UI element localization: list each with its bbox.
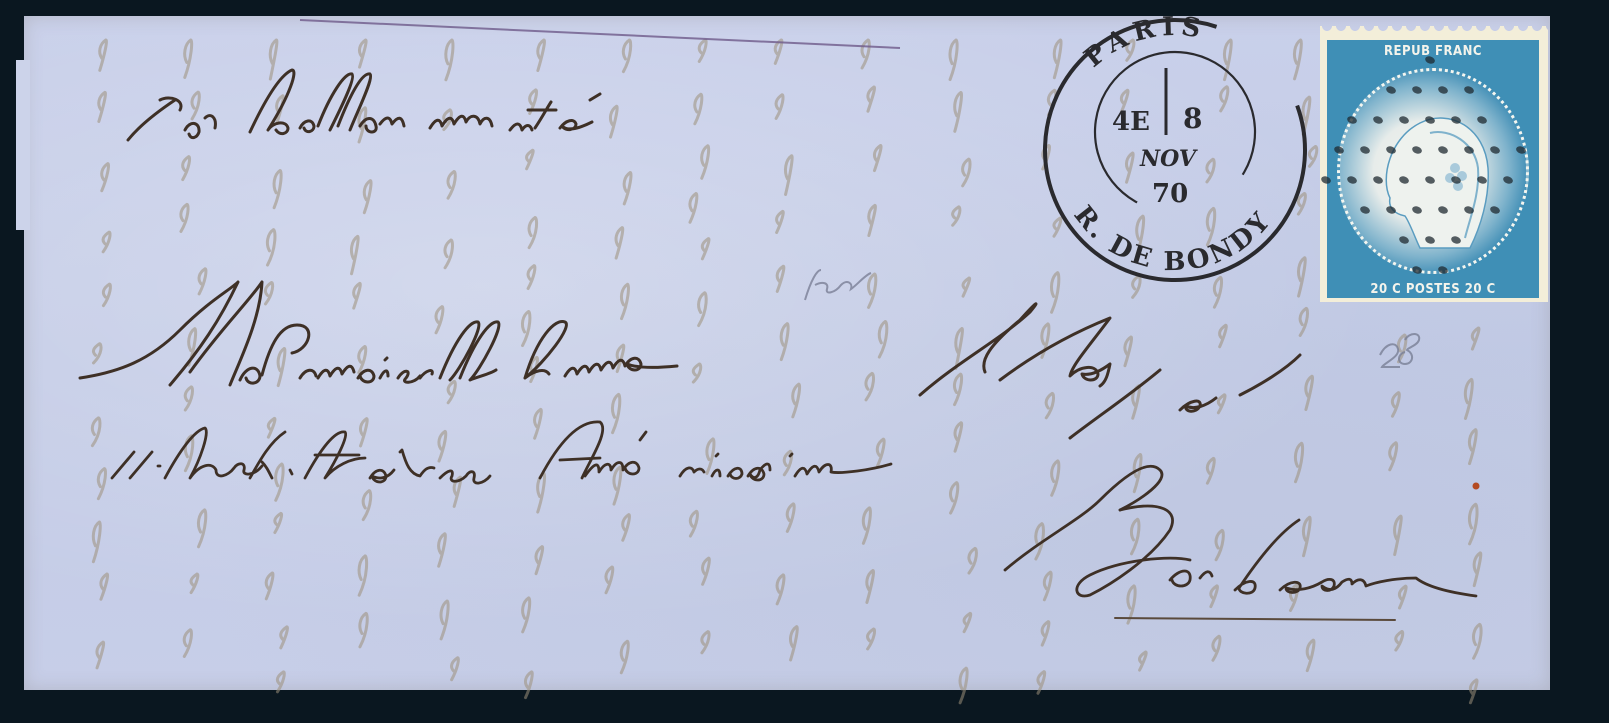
stamp-cancellation (0, 0, 1609, 723)
